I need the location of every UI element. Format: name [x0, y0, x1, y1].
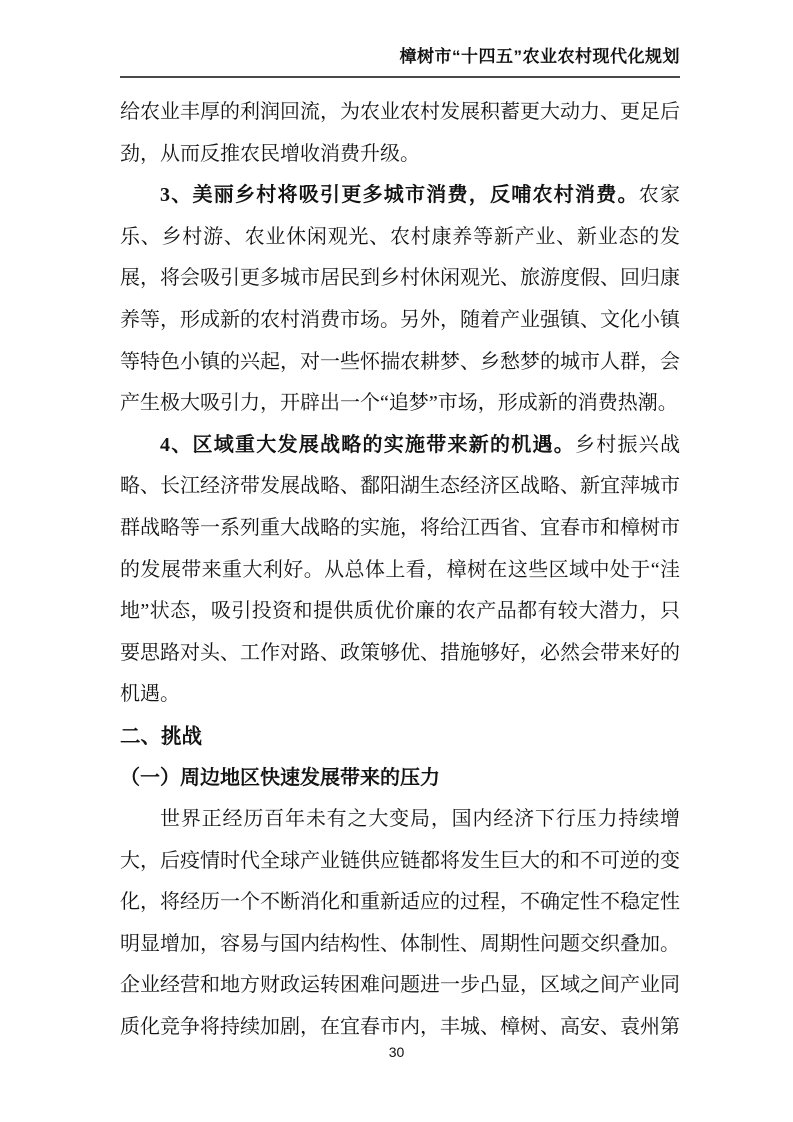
- point-3-lead-bold: 3、美丽乡村将吸引更多城市消费，反哺农村消费。: [160, 184, 639, 206]
- page-number: 30: [389, 1044, 405, 1060]
- document-page: 樟树市“十四五”农业农村现代化规划 给农业丰厚的利润回流，为农业农村发展积蓄更大…: [0, 0, 793, 1122]
- subsection-heading-regional-pressure: （一）周边地区快速发展带来的压力: [120, 758, 680, 800]
- paragraph-point-4: 4、区域重大发展战略的实施带来新的机遇。乡村振兴战略、长江经济带发展战略、鄱阳湖…: [120, 425, 680, 716]
- running-header-title: 樟树市“十四五”农业农村现代化规划: [400, 47, 681, 66]
- paragraph-pressure: 世界正经历百年未有之大变局，国内经济下行压力持续增大，后疫情时代全球产业链供应链…: [120, 799, 680, 1049]
- point-4-lead-bold: 4、区域重大发展战略的实施带来新的机遇。: [160, 434, 575, 456]
- page-footer: 30: [0, 1044, 793, 1062]
- point-4-body-text: 乡村振兴战略、长江经济带发展战略、鄱阳湖生态经济区战略、新宜萍城市群战略等一系列…: [120, 434, 680, 706]
- page-body: 给农业丰厚的利润回流，为农业农村发展积蓄更大动力、更足后劲，从而反推农民增收消费…: [120, 92, 680, 1049]
- point-3-body-text: 农家乐、乡村游、农业休闲观光、农村康养等新产业、新业态的发展，将会吸引更多城市居…: [120, 184, 680, 414]
- page-content-column: 樟树市“十四五”农业农村现代化规划 给农业丰厚的利润回流，为农业农村发展积蓄更大…: [120, 0, 680, 1049]
- paragraph-point-3: 3、美丽乡村将吸引更多城市消费，反哺农村消费。农家乐、乡村游、农业休闲观光、农村…: [120, 175, 680, 425]
- page-header: 樟树市“十四五”农业农村现代化规划: [120, 0, 680, 78]
- paragraph-carryover: 给农业丰厚的利润回流，为农业农村发展积蓄更大动力、更足后劲，从而反推农民增收消费…: [120, 92, 680, 175]
- section-heading-challenges: 二、挑战: [120, 716, 680, 758]
